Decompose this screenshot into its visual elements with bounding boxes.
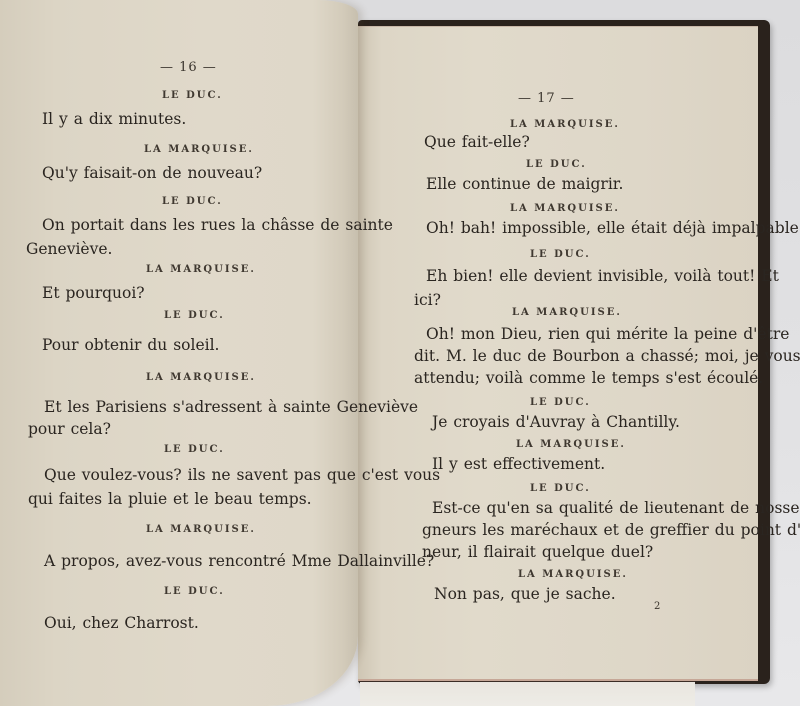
speaker-label: LE DUC. — [526, 159, 587, 170]
speaker-label: LA MARQUISE. — [146, 524, 256, 535]
dialogue-line: neur, il flairait quelque duel? — [422, 543, 653, 561]
page-number: — 16 — — [160, 60, 217, 75]
dialogue-line: attendu; voilà comme le temps s'est écou… — [414, 369, 763, 387]
dialogue-line: ici? — [414, 291, 441, 309]
dialogue-line: Oh! bah! impossible, elle était déjà imp… — [426, 219, 800, 237]
dialogue-line: Oui, chez Charrost. — [44, 614, 199, 632]
speaker-label: LA MARQUISE. — [510, 119, 620, 130]
right-page: — 17 — LA MARQUISE. Que fait-elle? LE DU… — [358, 26, 758, 681]
dialogue-line: gneurs les maréchaux et de greffier du p… — [422, 521, 800, 539]
dialogue-line: A propos, avez-vous rencontré Mme Dallai… — [44, 552, 434, 570]
speaker-label: LE DUC. — [164, 444, 225, 455]
speaker-label: LE DUC. — [162, 90, 223, 101]
dialogue-line: Et les Parisiens s'adressent à sainte Ge… — [44, 398, 418, 416]
dialogue-line: qui faites la pluie et le beau temps. — [28, 490, 312, 508]
dialogue-line: Il y a dix minutes. — [42, 110, 186, 128]
speaker-label: LE DUC. — [164, 310, 225, 321]
speaker-label: LA MARQUISE. — [144, 144, 254, 155]
page-number: — 17 — — [518, 91, 575, 106]
dialogue-line: pour cela? — [28, 420, 111, 438]
signature-mark: 2 — [654, 601, 660, 612]
dialogue-line: Je croyais d'Auvray à Chantilly. — [432, 413, 680, 431]
speaker-label: LA MARQUISE. — [510, 203, 620, 214]
dialogue-line: dit. M. le duc de Bourbon a chassé; moi,… — [414, 347, 800, 365]
left-page: — 16 — LE DUC. Il y a dix minutes. LA MA… — [0, 0, 358, 706]
speaker-label: LE DUC. — [164, 586, 225, 597]
dialogue-line: Eh bien! elle devient invisible, voilà t… — [426, 267, 779, 285]
speaker-label: LE DUC. — [530, 397, 591, 408]
dialogue-line: Qu'y faisait-on de nouveau? — [42, 164, 262, 182]
dialogue-line: Que voulez-vous? ils ne savent pas que c… — [44, 466, 440, 484]
dialogue-line: Non pas, que je sache. — [434, 585, 616, 603]
page-block-bottom — [360, 682, 695, 706]
speaker-label: LA MARQUISE. — [146, 264, 256, 275]
speaker-label: LA MARQUISE. — [146, 372, 256, 383]
dialogue-line: Est-ce qu'en sa qualité de lieutenant de… — [432, 499, 800, 517]
dialogue-line: Que fait-elle? — [424, 133, 530, 151]
dialogue-line: Pour obtenir du soleil. — [42, 336, 219, 354]
dialogue-line: Elle continue de maigrir. — [426, 175, 623, 193]
speaker-label: LE DUC. — [530, 483, 591, 494]
speaker-label: LE DUC. — [530, 249, 591, 260]
dialogue-line: On portait dans les rues la châsse de sa… — [42, 216, 393, 234]
speaker-label: LA MARQUISE. — [518, 569, 628, 580]
speaker-label: LA MARQUISE. — [516, 439, 626, 450]
dialogue-line: Geneviève. — [26, 240, 112, 258]
dialogue-line: Il y est effectivement. — [432, 455, 605, 473]
speaker-label: LA MARQUISE. — [512, 307, 622, 318]
dialogue-line: Et pourquoi? — [42, 284, 145, 302]
speaker-label: LE DUC. — [162, 196, 223, 207]
dialogue-line: Oh! mon Dieu, rien qui mérite la peine d… — [426, 325, 789, 343]
